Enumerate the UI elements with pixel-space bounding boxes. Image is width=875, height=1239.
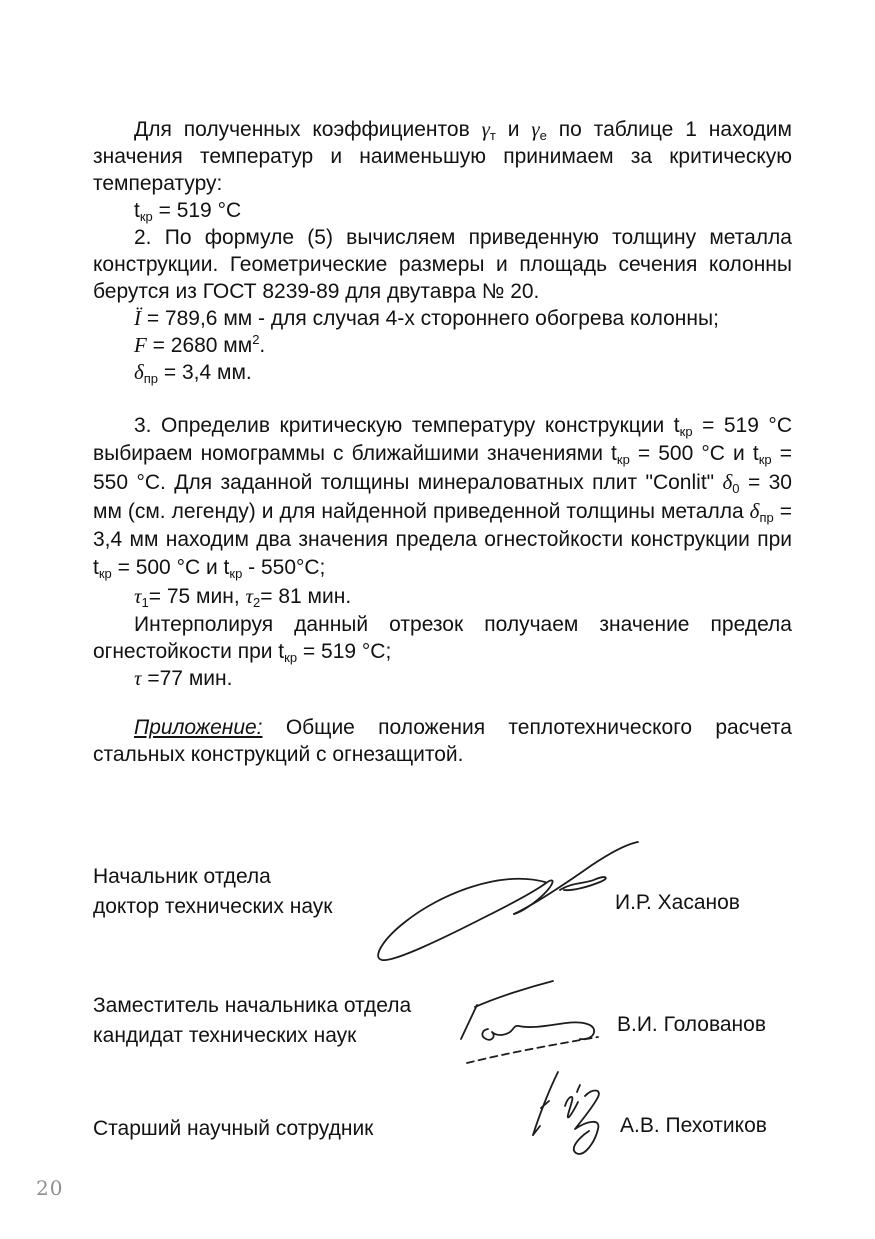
paragraph-formula-5: 2. По формуле (5) вычисляем приведенную … (93, 224, 792, 305)
signature-role-line1: Начальник отдела (93, 862, 332, 892)
document-body: Для полученных коэффициентов γт и γе по … (93, 116, 792, 768)
formula-tau-1-2: τ1= 75 мин, τ2= 81 мин. (93, 582, 792, 611)
formula-perimeter: Ï = 789,6 мм - для случая 4-х стороннего… (93, 305, 792, 332)
spacer (93, 386, 792, 412)
signature-name: А.В. Пехотиков (620, 1114, 767, 1138)
paragraph-nomograms: 3. Определив критическую температуру кон… (93, 412, 792, 582)
paragraph-appendix: Приложение: Общие положения теплотехниче… (93, 714, 792, 768)
document-page: Для полученных коэффициентов γт и γе по … (0, 0, 875, 1239)
signature-role: Заместитель начальника отдела кандидат т… (93, 991, 411, 1051)
khasanov-signature-autograph (370, 832, 650, 967)
formula-tkr-519: tкр = 519 °С (93, 197, 792, 224)
formula-reduced-thickness: δпр = 3,4 мм. (93, 359, 792, 386)
pekhotikov-signature-autograph (525, 1068, 625, 1176)
paragraph-interpolation: Интерполируя данный отрезок получаем зна… (93, 611, 792, 665)
spacer (93, 692, 792, 714)
golovanov-signature-autograph (452, 978, 617, 1078)
signature-role-line1: Заместитель начальника отдела (93, 991, 411, 1021)
signature-role: Старший научный сотрудник (93, 1114, 373, 1144)
paragraph-critical-temp: Для полученных коэффициентов γт и γе по … (93, 116, 792, 197)
signature-role-line2: доктор технических наук (93, 892, 332, 922)
page-number: 20 (36, 1176, 63, 1200)
signature-role-line2: кандидат технических наук (93, 1021, 411, 1051)
signature-role: Начальник отдела доктор технических наук (93, 862, 332, 922)
signature-name: В.И. Голованов (617, 1013, 766, 1037)
signature-name: И.Р. Хасанов (615, 891, 740, 915)
formula-tau-77: τ =77 мин. (93, 665, 792, 692)
signature-role-line1: Старший научный сотрудник (93, 1114, 373, 1144)
formula-area: F = 2680 мм2. (93, 332, 792, 359)
